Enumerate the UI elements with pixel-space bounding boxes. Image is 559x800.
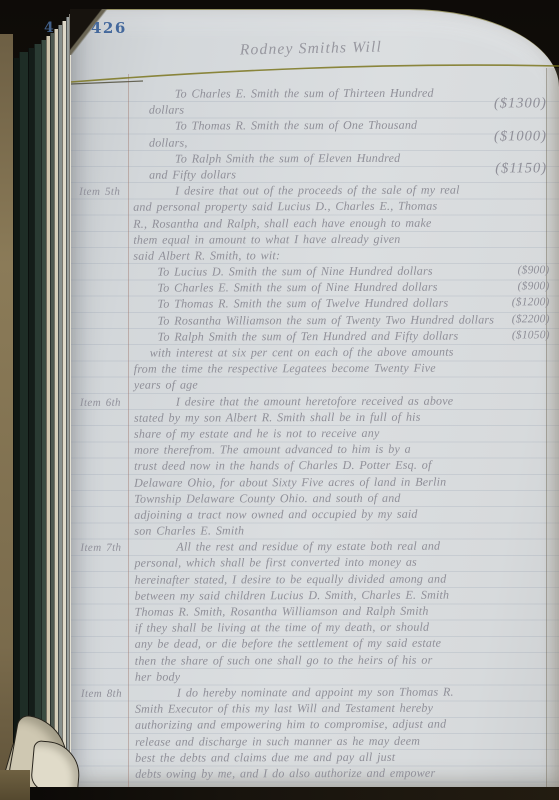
line-text: R., Rosantha and Ralph, shall each have … <box>133 215 431 230</box>
document-line: between my said children Lucius D. Smith… <box>131 586 554 604</box>
document-line: any be dead, or die before the settlemen… <box>131 635 554 653</box>
document-line: To Ralph Smith the sum of Ten Hundred an… <box>130 327 553 345</box>
line-text: any be dead, or die before the settlemen… <box>135 636 442 651</box>
document-line: dollars, ($1000) <box>129 133 552 151</box>
document-line: stated by my son Albert R. Smith shall b… <box>130 408 553 426</box>
amount-annotation: ($900) <box>518 279 550 295</box>
line-text: best the debts and claims due me and pay… <box>135 750 395 765</box>
scanned-book-photo: 4 426 Rodney Smiths Will To Charles E. S… <box>0 0 559 800</box>
item-label: Item 5th <box>79 184 127 200</box>
document-line: release and discharge in such manner as … <box>131 732 554 750</box>
document-line: To Thomas R. Smith the sum of One Thousa… <box>129 117 552 135</box>
document-line: trust deed now in the hands of Charles D… <box>130 457 553 475</box>
document-line: and Fifty dollars ($1150) <box>129 165 552 183</box>
amount-annotation: ($1300) <box>494 95 547 111</box>
document-line: best the debts and claims due me and pay… <box>131 748 554 766</box>
document-line: and personal property said Lucius D., Ch… <box>129 198 552 216</box>
document-line: authorizing and empowering him to compro… <box>131 716 554 734</box>
document-line: To Thomas R. Smith the sum of Twelve Hun… <box>130 295 553 313</box>
document-line: hereinafter stated, I desire to be equal… <box>130 570 553 588</box>
line-text: years of age <box>134 378 198 392</box>
document-line: years of age <box>130 376 553 394</box>
line-text: between my said children Lucius D. Smith… <box>135 587 450 602</box>
line-text: To Ralph Smith the sum of Ten Hundred an… <box>158 328 459 343</box>
item-label: Item 8th <box>81 686 129 702</box>
line-text: adjoining a tract now owned and occupied… <box>134 507 417 522</box>
document-line: Delaware Ohio, for about Sixty Five acre… <box>130 473 553 491</box>
book-cover-bottom <box>0 770 30 800</box>
line-text: personal, which shall be first converted… <box>134 555 416 570</box>
line-text: I do hereby nominate and appoint my son … <box>177 685 454 700</box>
line-text: from the time the respective Legatees be… <box>134 361 436 376</box>
previous-page-number-partial: 4 <box>44 20 55 40</box>
line-text: I desire that the amount heretofore rece… <box>176 393 453 408</box>
amount-annotation: ($1000) <box>494 128 547 144</box>
line-text: To Ralph Smith the sum of Eleven Hundred <box>175 151 400 166</box>
document-line: Township Delaware County Ohio. and south… <box>130 489 553 507</box>
line-text: then the share of such one shall go to t… <box>135 652 433 667</box>
line-text: dollars, <box>149 135 188 149</box>
line-text: To Charles E. Smith the sum of Nine Hund… <box>157 280 437 295</box>
line-text: To Thomas R. Smith the sum of Twelve Hun… <box>158 296 449 311</box>
stacked-page-edges <box>0 0 74 788</box>
document-line: debts owing by me, and I do also authori… <box>131 764 554 782</box>
document-line: To Charles E. Smith the sum of Nine Hund… <box>129 279 552 297</box>
amount-annotation: ($1200) <box>512 295 550 311</box>
document-line: then the share of such one shall go to t… <box>131 651 554 669</box>
line-text: Thomas R. Smith, Rosantha Williamson and… <box>135 604 429 619</box>
amount-annotation: ($900) <box>518 262 550 278</box>
line-text: hereinafter stated, I desire to be equal… <box>134 571 446 586</box>
item-label: Item 6th <box>80 394 128 410</box>
line-text: more therefrom. The amount advanced to h… <box>134 442 411 457</box>
book-bottom-edge <box>0 787 559 800</box>
line-text: son Charles E. Smith <box>134 523 244 537</box>
document-line: dollars ($1300) <box>129 100 552 118</box>
document-line: Item 7th All the rest and residue of my … <box>130 538 553 556</box>
line-text: To Thomas R. Smith the sum of One Thousa… <box>175 118 417 133</box>
line-text: stated by my son Albert R. Smith shall b… <box>134 409 421 424</box>
line-text: I desire that out of the proceeds of the… <box>175 183 460 198</box>
document-line: adjoining a tract now owned and occupied… <box>130 505 553 523</box>
line-text: Township Delaware County Ohio. and south… <box>134 490 400 505</box>
document-line: them equal in amount to what I have alre… <box>129 230 552 248</box>
document-line: Item 6th I desire that the amount hereto… <box>130 392 553 410</box>
line-text: and personal property said Lucius D., Ch… <box>133 199 437 214</box>
document-line: her body <box>131 667 554 685</box>
page-number: 426 <box>91 19 127 37</box>
line-text: and Fifty dollars <box>149 167 236 181</box>
document-line: son Charles E. Smith <box>130 521 553 539</box>
line-text: To Charles E. Smith the sum of Thirteen … <box>175 86 434 101</box>
document-line: To Charles E. Smith the sum of Thirteen … <box>129 84 552 102</box>
line-text: them equal in amount to what I have alre… <box>133 231 400 246</box>
line-text: her body <box>135 669 180 683</box>
line-text: with interest at six per cent on each of… <box>150 345 454 360</box>
line-text: trust deed now in the hands of Charles D… <box>134 458 431 473</box>
document-line: said Albert R. Smith, to wit: <box>129 246 552 264</box>
line-text: if they shall be living at the time of m… <box>135 620 430 635</box>
document-line: To Ralph Smith the sum of Eleven Hundred <box>129 149 552 167</box>
line-text: To Rosantha Williamson the sum of Twenty… <box>158 312 495 327</box>
line-text: share of my estate and he is not to rece… <box>134 426 380 441</box>
line-text: Smith Executor of this my last Will and … <box>135 701 433 716</box>
document-line: from the time the respective Legatees be… <box>130 359 553 377</box>
document-line: share of my estate and he is not to rece… <box>130 424 553 442</box>
document-line: Smith Executor of this my last Will and … <box>131 699 554 717</box>
document-line: Item 5th I desire that out of the procee… <box>129 181 552 199</box>
document-line: Thomas R. Smith, Rosantha Williamson and… <box>131 602 554 620</box>
line-text: dollars <box>149 103 184 117</box>
amount-annotation: ($2200) <box>512 311 550 327</box>
document-line: if they shall be living at the time of m… <box>131 618 554 636</box>
ledger-page: 426 Rodney Smiths Will To Charles E. Smi… <box>71 9 559 788</box>
amount-annotation: ($1150) <box>495 160 547 176</box>
document-line: R., Rosantha and Ralph, shall each have … <box>129 214 552 232</box>
line-text: All the rest and residue of my estate bo… <box>176 539 440 554</box>
document-line: more therefrom. The amount advanced to h… <box>130 440 553 458</box>
document-line: with interest at six per cent on each of… <box>130 343 553 361</box>
line-text: release and discharge in such manner as … <box>135 733 420 748</box>
document-line: Item 8th I do hereby nominate and appoin… <box>131 683 554 701</box>
line-text: To Lucius D. Smith the sum of Nine Hundr… <box>157 264 432 279</box>
document-line: To Lucius D. Smith the sum of Nine Hundr… <box>129 262 552 280</box>
document-line: personal, which shall be first converted… <box>130 554 553 572</box>
amount-annotation: ($1050) <box>512 327 550 343</box>
document-line: To Rosantha Williamson the sum of Twenty… <box>130 311 553 329</box>
line-text: said Albert R. Smith, to wit: <box>133 248 280 263</box>
line-text: authorizing and empowering him to compro… <box>135 717 446 732</box>
document-body: To Charles E. Smith the sum of Thirteen … <box>129 84 554 782</box>
line-text: Delaware Ohio, for about Sixty Five acre… <box>134 474 446 489</box>
line-text: debts owing by me, and I do also authori… <box>135 766 435 781</box>
item-label: Item 7th <box>80 540 128 556</box>
